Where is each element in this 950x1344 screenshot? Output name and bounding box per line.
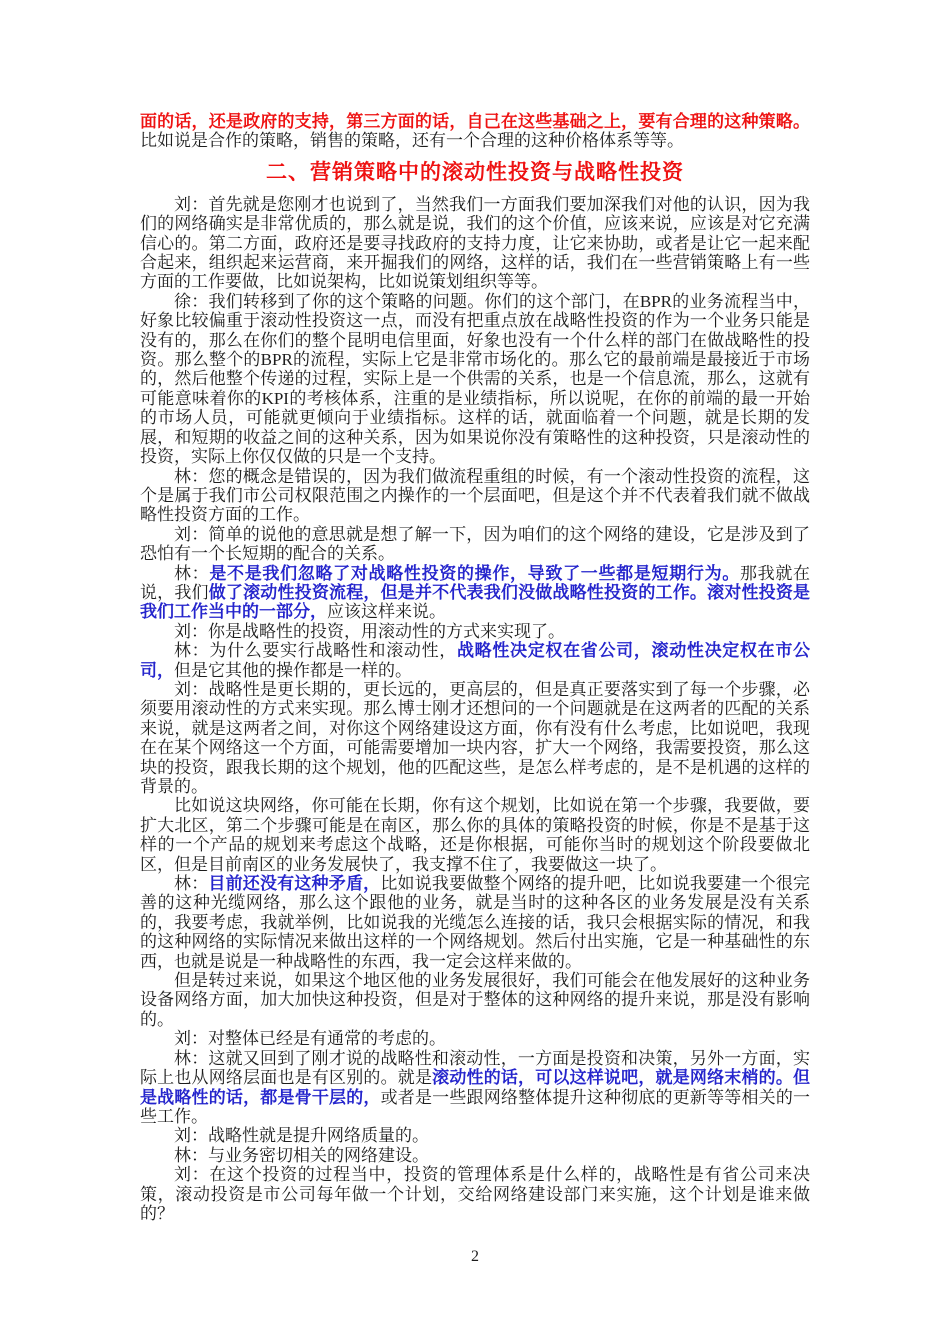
body-block: 刘：首先就是您刚才也说到了，当然我们一方面我们要加深我们对他的认识，因为我们的网… [140, 195, 810, 1224]
paragraph: 但是转过来说，如果这个地区他的业务发展很好，我们可能会在他发展好的这种业务设备网… [140, 971, 810, 1029]
text-run-normal: 比如说是合作的策略，销售的策略，还有一个合理的这种价格体系等等。 [140, 131, 684, 150]
text-run-normal: 但是转过来说，如果这个地区他的业务发展很好，我们可能会在他发展好的这种业务设备网… [140, 971, 810, 1029]
text-run-normal: 刘：简单的说他的意思就是想了解一下，因为咱们的这个网络的建设，它是涉及到了恐怕有… [140, 525, 810, 563]
paragraph: 刘：在这个投资的过程当中，投资的管理体系是什么样的，战略性是有省公司来决策，滚动… [140, 1165, 810, 1223]
text-run-normal: 林： [174, 564, 209, 583]
paragraph: 林：与业务密切相关的网络建设。 [140, 1146, 810, 1165]
text-run-normal: 林： [174, 874, 208, 893]
text-run-normal: 刘：对整体已经是有通常的考虑的。 [174, 1029, 446, 1048]
paragraph: 林：这就又回到了刚才说的战略性和滚动性，一方面是投资和决策，另外一方面，实际上也… [140, 1049, 810, 1127]
paragraph: 面的话，还是政府的支持，第三方面的话，自己在这些基础之上，要有合理的这种策略。比… [140, 112, 810, 151]
text-run-normal: 比如说这块网络，你可能在长期，你有这个规划，比如说在第一个步骤，我要做，要扩大北… [140, 796, 810, 873]
paragraph: 林：为什么要实行战略性和滚动性，战略性决定权在省公司，滚动性决定权在市公司，但是… [140, 641, 810, 680]
paragraph: 比如说这块网络，你可能在长期，你有这个规划，比如说在第一个步骤，我要做，要扩大北… [140, 796, 810, 874]
paragraph: 刘：战略性是更长期的，更长远的，更高层的，但是真正要落实到了每一个步骤，必须要用… [140, 680, 810, 796]
paragraph: 徐：我们转移到了你的这个策略的问题。你们的这个部门，在BPR的业务流程当中，好象… [140, 292, 810, 467]
paragraph: 刘：对整体已经是有通常的考虑的。 [140, 1029, 810, 1048]
text-run-normal: 但是它其他的操作都是一样的。 [174, 661, 412, 680]
paragraph: 林：目前还没有这种矛盾，比如说我要做整个网络的提升吧，比如说我要建一个很完善的这… [140, 874, 810, 971]
text-run-normal: 徐：我们转移到了你的这个策略的问题。你们的这个部门，在BPR的业务流程当中，好象… [140, 292, 810, 466]
text-run-normal: 刘：战略性是更长期的，更长远的，更高层的，但是真正要落实到了每一个步骤，必须要用… [140, 680, 810, 796]
text-run-blue-bold: 做了滚动性投资流程，但是并不代表我们没做战略性投资的工作。滚对性投资是我们工作当… [140, 583, 810, 621]
paragraph: 刘：首先就是您刚才也说到了，当然我们一方面我们要加深我们对他的认识，因为我们的网… [140, 195, 810, 292]
paragraph: 刘：简单的说他的意思就是想了解一下，因为咱们的这个网络的建设，它是涉及到了恐怕有… [140, 525, 810, 564]
text-run-normal: 刘：战略性就是提升网络质量的。 [174, 1126, 429, 1145]
pre-heading-block: 面的话，还是政府的支持，第三方面的话，自己在这些基础之上，要有合理的这种策略。比… [140, 112, 810, 151]
text-run-normal: 林：为什么要实行战略性和滚动性， [174, 641, 457, 660]
paragraph: 林：您的概念是错误的，因为我们做流程重组的时候，有一个滚动性投资的流程，这个是属… [140, 467, 810, 525]
text-run-blue-bold: 目前还没有这种矛盾， [208, 874, 380, 893]
paragraph: 刘：你是战略性的投资，用滚动性的方式来实现了。 [140, 622, 810, 641]
document-page: 面的话，还是政府的支持，第三方面的话，自己在这些基础之上，要有合理的这种策略。比… [0, 0, 950, 1344]
text-run-red-bold: 面的话，还是政府的支持，第三方面的话，自己在这些基础之上，要有合理的这种策略。 [140, 112, 810, 131]
text-run-normal: 刘：你是战略性的投资，用滚动性的方式来实现了。 [174, 622, 565, 641]
text-run-normal: 应该这样来说。 [327, 602, 446, 621]
text-run-normal: 林：与业务密切相关的网络建设。 [174, 1146, 429, 1165]
paragraph: 林：是不是我们忽略了对战略性投资的操作，导致了一些都是短期行为。那我就在说，我们… [140, 564, 810, 622]
page-content: 面的话，还是政府的支持，第三方面的话，自己在这些基础之上，要有合理的这种策略。比… [140, 112, 810, 1223]
page-number: 2 [0, 1248, 950, 1266]
text-run-normal: 林：您的概念是错误的，因为我们做流程重组的时候，有一个滚动性投资的流程，这个是属… [140, 467, 810, 525]
text-run-normal: 刘：在这个投资的过程当中，投资的管理体系是什么样的，战略性是有省公司来决策，滚动… [140, 1165, 810, 1223]
paragraph: 刘：战略性就是提升网络质量的。 [140, 1126, 810, 1145]
text-run-normal: 刘：首先就是您刚才也说到了，当然我们一方面我们要加深我们对他的认识，因为我们的网… [140, 195, 810, 292]
section-heading: 二、营销策略中的滚动性投资与战略性投资 [140, 159, 810, 185]
text-run-blue-bold: 是不是我们忽略了对战略性投资的操作，导致了一些都是短期行为。 [209, 564, 740, 583]
